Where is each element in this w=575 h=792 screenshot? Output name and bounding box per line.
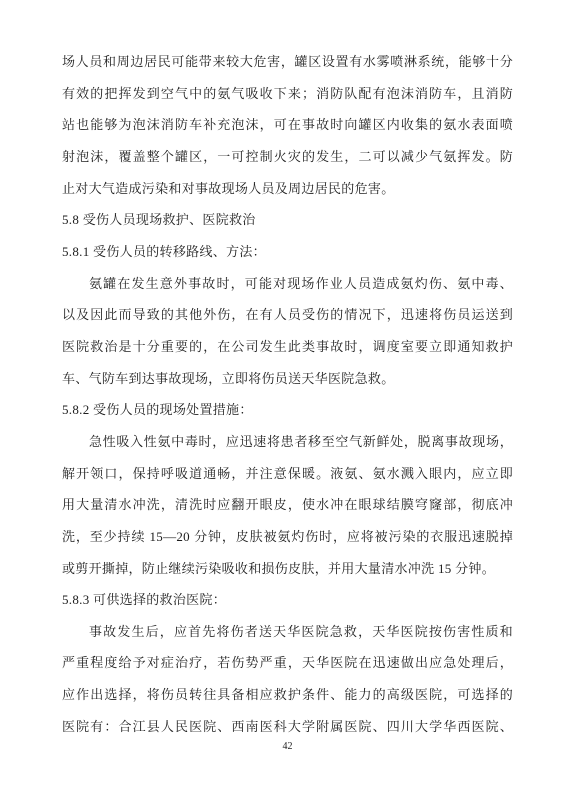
text-line: 车、气防车到达事故现场，立即将伤员送天华医院急救。 [62, 363, 513, 395]
text-line: 严重程度给予对症治疗，若伤势严重，天华医院在迅速做出应急处理后， [62, 647, 513, 679]
text-line: 事故发生后，应首先将伤者送天华医院急救，天华医院按伤害性质和 [62, 616, 513, 648]
text-line: 用大量清水冲洗，清洗时应翻开眼皮，使水冲在眼球结膜穹窿部，彻底冲 [62, 489, 513, 521]
text-line: 5.8.2 受伤人员的现场处置措施： [62, 394, 513, 426]
text-line: 止对大气造成污染和对事故现场人员及周边居民的危害。 [62, 173, 513, 205]
document-text-block: 场人员和周边居民可能带来较大危害，罐区设置有水雾喷淋系统，能够十分有效的把挥发到… [62, 46, 513, 742]
text-line: 或剪开撕掉，防止继续污染吸收和损伤皮肤，并用大量清水冲洗 15 分钟。 [62, 553, 513, 585]
text-line: 医院有：合江县人民医院、西南医科大学附属医院、四川大学华西医院、 [62, 711, 513, 743]
text-line: 场人员和周边居民可能带来较大危害，罐区设置有水雾喷淋系统，能够十分 [62, 46, 513, 78]
text-line: 5.8.1 受伤人员的转移路线、方法： [62, 236, 513, 268]
text-line: 射泡沫，覆盖整个罐区，一可控制火灾的发生，二可以减少气氨挥发。防 [62, 141, 513, 173]
text-line: 急性吸入性氨中毒时，应迅速将患者移至空气新鲜处，脱离事故现场， [62, 426, 513, 458]
text-line: 以及因此而导致的其他外伤，在有人员受伤的情况下，迅速将伤员运送到 [62, 299, 513, 331]
text-line: 5.8.3 可供选择的救治医院： [62, 584, 513, 616]
text-line: 氨罐在发生意外事故时，可能对现场作业人员造成氨灼伤、氨中毒、 [62, 268, 513, 300]
text-line: 洗，至少持续 15—20 分钟，皮肤被氨灼伤时，应将被污染的衣服迅速脱掉 [62, 521, 513, 553]
text-line: 医院救治是十分重要的，在公司发生此类事故时，调度室要立即通知救护 [62, 331, 513, 363]
document-page: 场人员和周边居民可能带来较大危害，罐区设置有水雾喷淋系统，能够十分有效的把挥发到… [0, 0, 575, 792]
text-line: 解开领口，保持呼吸道通畅，并注意保暖。液氨、氨水溅入眼内，应立即 [62, 458, 513, 490]
text-line: 应作出选择，将伤员转往具备相应救护条件、能力的高级医院，可选择的 [62, 679, 513, 711]
text-line: 5.8 受伤人员现场救护、医院救治 [62, 204, 513, 236]
text-line: 有效的把挥发到空气中的氨气吸收下来；消防队配有泡沫消防车，且消防 [62, 78, 513, 110]
text-line: 站也能够为泡沫消防车补充泡沫，可在事故时向罐区内收集的氨水表面喷 [62, 109, 513, 141]
page-number: 42 [0, 740, 575, 753]
